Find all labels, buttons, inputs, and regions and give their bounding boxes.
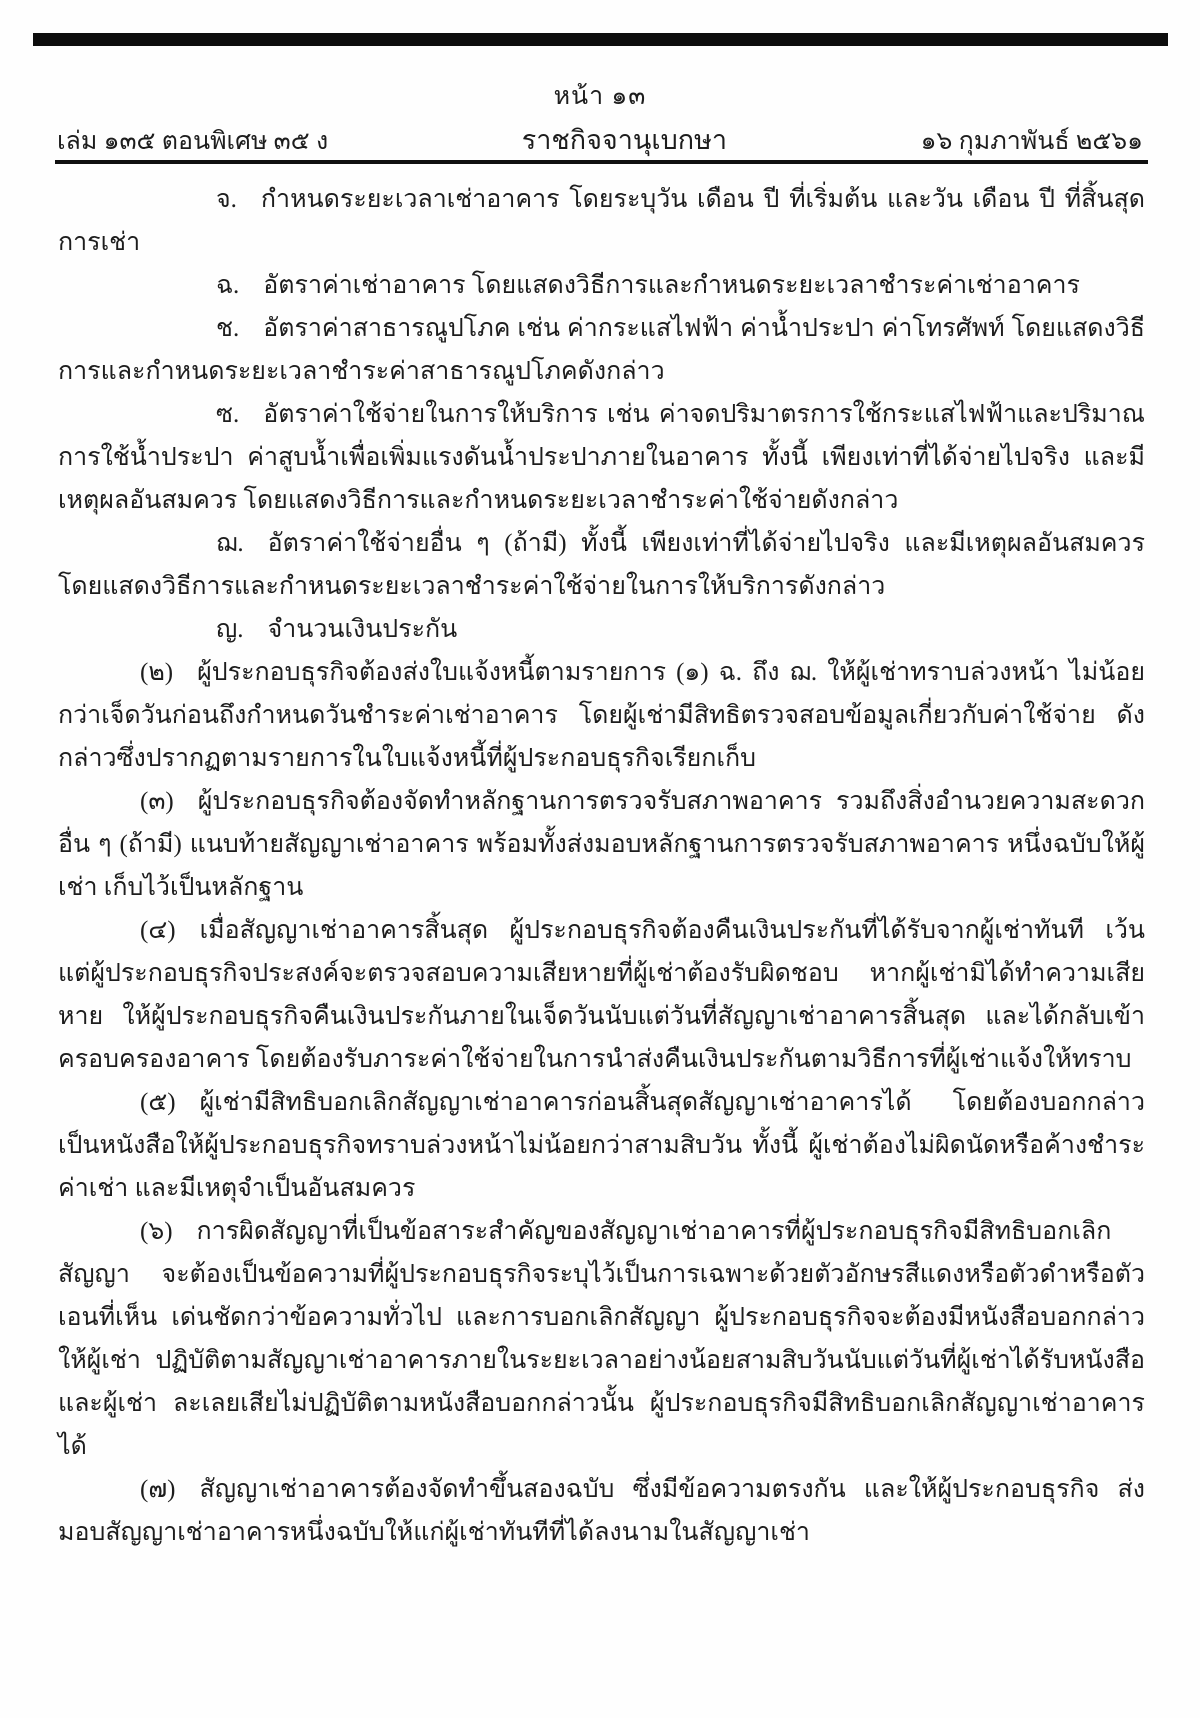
item-marker: (๔) — [140, 917, 176, 944]
paragraph: จ.กำหนดระยะเวลาเช่าอาคาร โดยระบุวัน เดือ… — [58, 178, 1145, 264]
gazette-title: ราชกิจจานุเบกษา — [522, 118, 727, 161]
paragraph-text: ผู้ประกอบธุรกิจต้องจัดทำหลักฐานการตรวจรั… — [58, 788, 1145, 901]
paragraph: (๖)การผิดสัญญาที่เป็นข้อสาระสำคัญของสัญญ… — [58, 1210, 1145, 1468]
item-marker: จ. — [216, 186, 237, 213]
item-marker: (๒) — [140, 659, 173, 686]
volume-label: เล่ม ๑๓๕ ตอนพิเศษ ๓๕ ง — [57, 121, 328, 161]
item-marker: ญ. — [216, 616, 244, 643]
item-marker: (๕) — [140, 1089, 176, 1116]
item-marker: ซ. — [216, 401, 239, 428]
issue-date: ๑๖ กุมภาพันธ์ ๒๕๖๑ — [921, 121, 1143, 161]
paragraph-text: การผิดสัญญาที่เป็นข้อสาระสำคัญของสัญญาเช… — [58, 1218, 1145, 1460]
document-body: จ.กำหนดระยะเวลาเช่าอาคาร โดยระบุวัน เดือ… — [58, 178, 1145, 1554]
paragraph: (๗)สัญญาเช่าอาคารต้องจัดทำขึ้นสองฉบับ ซึ… — [58, 1468, 1145, 1554]
item-marker: (๖) — [140, 1218, 173, 1245]
scan-artifact-bar — [33, 33, 1168, 46]
paragraph: (๓)ผู้ประกอบธุรกิจต้องจัดทำหลักฐานการตรว… — [58, 780, 1145, 909]
item-marker: (๓) — [140, 788, 174, 815]
paragraph-text: ผู้เช่ามีสิทธิบอกเลิกสัญญาเช่าอาคารก่อนส… — [58, 1089, 1145, 1202]
page-number: หน้า ๑๓ — [0, 76, 1200, 116]
header-rule — [55, 160, 1148, 164]
paragraph-text: จำนวนเงินประกัน — [268, 616, 458, 643]
paragraph: ฉ.อัตราค่าเช่าอาคาร โดยแสดงวิธีการและกำห… — [58, 264, 1145, 307]
paragraph-text: สัญญาเช่าอาคารต้องจัดทำขึ้นสองฉบับ ซึ่งม… — [58, 1476, 1145, 1546]
paragraph-text: ผู้ประกอบธุรกิจต้องส่งใบแจ้งหนี้ตามรายกา… — [58, 659, 1145, 772]
paragraph: (๕)ผู้เช่ามีสิทธิบอกเลิกสัญญาเช่าอาคารก่… — [58, 1081, 1145, 1210]
paragraph: ญ.จำนวนเงินประกัน — [58, 608, 1145, 651]
paragraph: ซ.อัตราค่าใช้จ่ายในการให้บริการ เช่น ค่า… — [58, 393, 1145, 522]
item-marker: ช. — [216, 315, 239, 342]
paragraph: (๒)ผู้ประกอบธุรกิจต้องส่งใบแจ้งหนี้ตามรา… — [58, 651, 1145, 780]
item-marker: (๗) — [140, 1476, 175, 1503]
item-marker: ฌ. — [216, 530, 244, 557]
gazette-page: หน้า ๑๓ เล่ม ๑๓๕ ตอนพิเศษ ๓๕ ง ราชกิจจาน… — [0, 0, 1200, 1718]
paragraph: ช.อัตราค่าสาธารณูปโภค เช่น ค่ากระแสไฟฟ้า… — [58, 307, 1145, 393]
item-marker: ฉ. — [216, 272, 239, 299]
paragraph-text: เมื่อสัญญาเช่าอาคารสิ้นสุด ผู้ประกอบธุรก… — [58, 917, 1145, 1073]
paragraph-text: อัตราค่าเช่าอาคาร โดยแสดงวิธีการและกำหนด… — [263, 272, 1080, 299]
masthead: เล่ม ๑๓๕ ตอนพิเศษ ๓๕ ง ราชกิจจานุเบกษา ๑… — [57, 118, 1143, 161]
paragraph: (๔)เมื่อสัญญาเช่าอาคารสิ้นสุด ผู้ประกอบธ… — [58, 909, 1145, 1081]
paragraph: ฌ.อัตราค่าใช้จ่ายอื่น ๆ (ถ้ามี) ทั้งนี้ … — [58, 522, 1145, 608]
